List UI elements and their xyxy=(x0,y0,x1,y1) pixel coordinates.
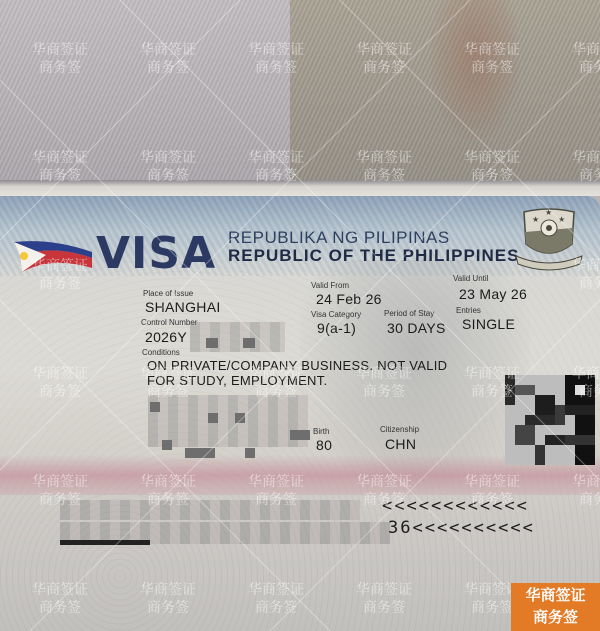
birth-value: 80 xyxy=(316,437,332,453)
redacted-mrz-line-1 xyxy=(60,500,360,520)
brand-badge-line-2: 商务签 xyxy=(511,607,600,629)
svg-text:★: ★ xyxy=(545,208,552,217)
redaction-block xyxy=(243,338,255,348)
redaction-block xyxy=(235,413,245,423)
citizenship-value: CHN xyxy=(385,436,416,452)
birth-label: Birth xyxy=(313,427,329,436)
redaction-block xyxy=(208,413,218,423)
background-figure xyxy=(430,0,520,140)
conditions-label: Conditions xyxy=(142,348,180,357)
redacted-name xyxy=(148,395,308,447)
redaction-block xyxy=(245,448,255,458)
visa-category-value: 9(a-1) xyxy=(317,320,356,336)
redaction-block xyxy=(162,440,172,450)
passport-page-left xyxy=(0,0,290,190)
period-of-stay-value: 30 DAYS xyxy=(387,320,446,336)
entries-value: SINGLE xyxy=(462,316,515,332)
valid-from-value: 24 Feb 26 xyxy=(316,291,382,307)
period-of-stay-label: Period of Stay xyxy=(384,309,434,318)
conditions-line-2: FOR STUDY, EMPLOYMENT. xyxy=(147,373,327,388)
country-name-english: REPUBLIC OF THE PHILIPPINES xyxy=(228,246,519,266)
control-number-value: 2026Y xyxy=(145,329,187,345)
philippines-coat-of-arms-icon: ★ ★ ★ xyxy=(510,204,588,274)
redaction-block xyxy=(290,430,310,440)
philippines-flag-icon xyxy=(12,238,94,274)
mrz-line-1: <<<<<<<<<<<< xyxy=(382,496,529,516)
brand-badge: 华商签证 商务签 xyxy=(511,583,600,631)
brand-badge-line-1: 华商签证 xyxy=(511,585,600,607)
redacted-control-number xyxy=(190,322,285,352)
valid-until-label: Valid Until xyxy=(453,274,488,283)
svg-text:★: ★ xyxy=(558,215,565,224)
page-edge xyxy=(0,180,600,196)
control-number-label: Control Number xyxy=(141,318,197,327)
mrz-line-2: 36<<<<<<<<<< xyxy=(388,518,535,538)
country-name-local: REPUBLIKA NG PILIPINAS xyxy=(228,228,450,248)
conditions-line-1: ON PRIVATE/COMPANY BUSINESS. NOT VALID xyxy=(147,358,447,373)
citizenship-label: Citizenship xyxy=(380,425,419,434)
place-of-issue-value: SHANGHAI xyxy=(145,299,221,315)
visa-title: VISA xyxy=(96,228,216,279)
entries-label: Entries xyxy=(456,306,481,315)
qr-code-icon xyxy=(505,375,595,465)
redaction-block xyxy=(185,448,215,458)
place-of-issue-label: Place of Issue xyxy=(143,289,193,298)
valid-until-value: 23 May 26 xyxy=(459,286,527,302)
valid-from-label: Valid From xyxy=(311,281,349,290)
redaction-block xyxy=(206,338,218,348)
redaction-block xyxy=(150,402,160,412)
visa-category-label: Visa Category xyxy=(311,310,361,319)
svg-text:★: ★ xyxy=(532,215,539,224)
redaction-block xyxy=(60,540,150,545)
